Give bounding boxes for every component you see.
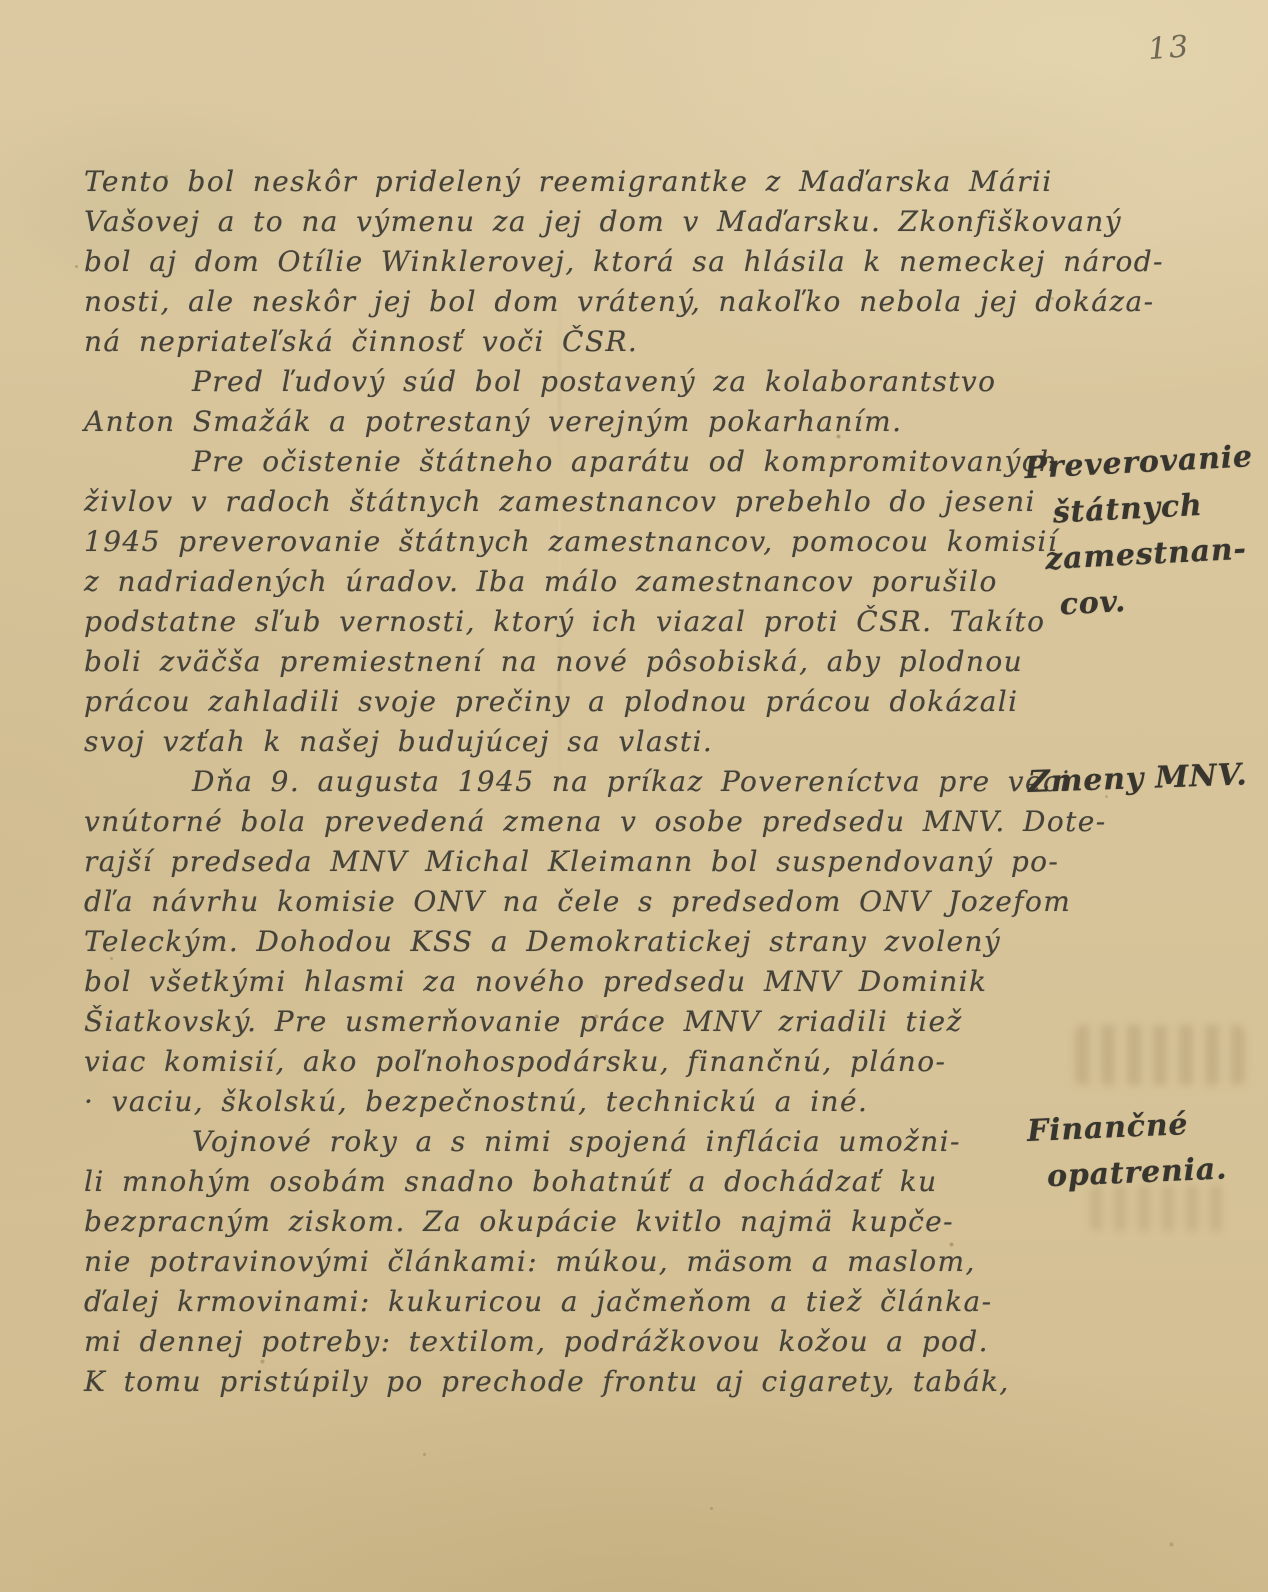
text-line: živlov v radoch štátnych zamestnancov pr… [84,482,1052,522]
text-line: nosti, ale neskôr jej bol dom vrátený, n… [84,282,1052,322]
main-text: Tento bol neskôr pridelený reemigrantke … [84,162,1052,1402]
text-line: nie potravinovými článkami: múkou, mäsom… [84,1242,1052,1282]
chronicle-page: 13 Tento bol neskôr pridelený reemigrant… [0,0,1268,1592]
text-line: Pre očistenie štátneho aparátu od kompro… [84,442,1052,482]
text-line: 1945 preverovanie štátnych zamestnancov,… [84,522,1052,562]
text-line: ďalej krmovinami: kukuricou a jačmeňom a… [84,1282,1052,1322]
text-line: prácou zahladili svoje prečiny a plodnou… [84,682,1052,722]
text-line: viac komisií, ako poľnohospodársku, fina… [84,1042,1052,1082]
text-line: vnútorné bola prevedená zmena v osobe pr… [84,802,1052,842]
text-line: ná nepriateľská činnosť voči ČSR. [84,322,1052,362]
ink-bleedthrough [1075,1025,1245,1085]
text-line: boli zväčša premiestnení na nové pôsobis… [84,642,1052,682]
text-line: bol aj dom Otílie Winklerovej, ktorá sa … [84,242,1052,282]
text-line: Vašovej a to na výmenu za jej dom v Maďa… [84,202,1052,242]
text-line: Dňa 9. augusta 1945 na príkaz Povereníct… [84,762,1052,802]
text-line: Šiatkovský. Pre usmerňovanie práce MNV z… [84,1002,1052,1042]
text-line: Anton Smažák a potrestaný verejným pokar… [84,402,1052,442]
margin-note-preverovanie: Preverovanie štátnych zamestnan- cov. [1023,434,1262,630]
margin-note-line: Zmeny MNV. [1027,752,1258,806]
text-line: rajší predseda MNV Michal Kleimann bol s… [84,842,1052,882]
text-line: svoj vzťah k našej budujúcej sa vlasti. [84,722,1052,762]
text-line: bezpracným ziskom. Za okupácie kvitlo na… [84,1202,1052,1242]
text-line: dľa návrhu komisie ONV na čele s predsed… [84,882,1052,922]
text-line: Pred ľudový súd bol postavený za kolabor… [84,362,1052,402]
text-line: li mnohým osobám snadno bohatnúť a dochá… [84,1162,1052,1202]
margin-note-financne-opatrenia: Finančné opatrenia. [1026,1099,1260,1201]
text-line: z nadriadených úradov. Iba málo zamestna… [84,562,1052,602]
page-number: 13 [1147,28,1209,67]
text-line: Teleckým. Dohodou KSS a Demokratickej st… [84,922,1052,962]
text-line: Vojnové roky a s nimi spojená inflácia u… [84,1122,1052,1162]
text-line: mi dennej potreby: textilom, podrážkovou… [84,1322,1052,1362]
text-line: podstatne sľub vernosti, ktorý ich viaza… [84,602,1052,642]
text-line: K tomu pristúpily po prechode frontu aj … [84,1362,1052,1402]
text-line: bol všetkými hlasmi za nového predsedu M… [84,962,1052,1002]
text-line: · vaciu, školskú, bezpečnostnú, technick… [84,1082,1052,1122]
margin-note-zmeny-mnv: Zmeny MNV. [1027,752,1258,806]
text-line: Tento bol neskôr pridelený reemigrantke … [84,162,1052,202]
